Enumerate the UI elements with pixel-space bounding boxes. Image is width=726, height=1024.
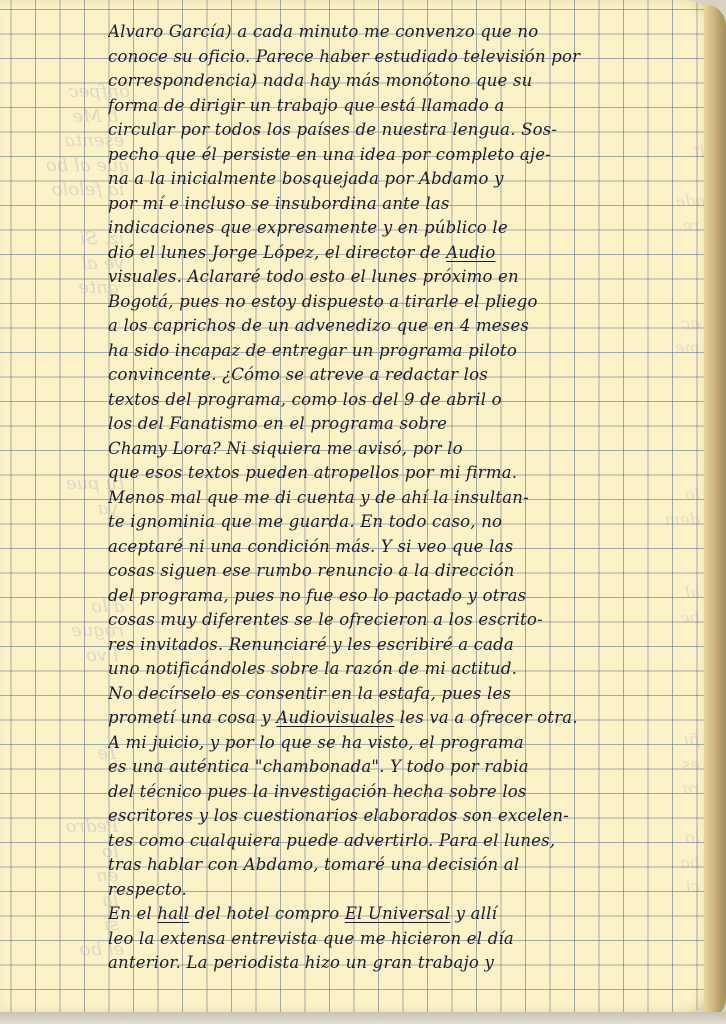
underlined-word: Audio xyxy=(446,243,495,262)
text-line: prometí una cosa y Audiovisuales les va … xyxy=(108,706,708,731)
text-line: Alvaro García) a cada minuto me convenzo… xyxy=(108,20,708,45)
text-line: visuales. Aclararé todo esto el lunes pr… xyxy=(108,265,708,290)
text-line: que esos textos pueden atropellos por mi… xyxy=(108,461,708,486)
text-line: a los caprichos de un advenedizo que en … xyxy=(108,314,708,339)
text-line: textos del programa, como los del 9 de a… xyxy=(108,388,708,413)
text-line: Bogotá, pues no estoy dispuesto a tirarl… xyxy=(108,290,708,315)
text-line: correspondencia) nada hay más monótono q… xyxy=(108,69,708,94)
text-line: tras hablar con Abdamo, tomaré una decis… xyxy=(108,853,708,878)
text-line: del programa, pues no fue eso lo pactado… xyxy=(108,584,708,609)
text-line: por mí e incluso se insubordina ante las xyxy=(108,192,708,217)
text-line: aceptaré ni una condición más. Y si veo … xyxy=(108,535,708,560)
text-line: te ignominia que me guarda. En todo caso… xyxy=(108,510,708,535)
text-line: dió el lunes Jorge López, el director de… xyxy=(108,241,708,266)
text-line: escritores y los cuestionarios elaborado… xyxy=(108,804,708,829)
text-line: Chamy Lora? Ni siquiera me avisó, por lo xyxy=(108,437,708,462)
text-line: A mi juicio, y por lo que se ha visto, e… xyxy=(108,731,708,756)
text-line: circular por todos los países de nuestra… xyxy=(108,118,708,143)
handwritten-text-block: Alvaro García) a cada minuto me convenzo… xyxy=(108,20,708,976)
text-line: pecho que él persiste en una idea por co… xyxy=(108,143,708,168)
text-segment: dió el lunes Jorge López, el director de xyxy=(108,243,446,262)
text-line: na a la inicialmente bosquejada por Abda… xyxy=(108,167,708,192)
text-segment: les va a ofrecer otra. xyxy=(394,708,577,727)
notebook-page-edge xyxy=(704,4,726,1020)
text-segment: del hotel compro xyxy=(189,904,345,923)
text-line: convincente. ¿Cómo se atreve a redactar … xyxy=(108,363,708,388)
notebook-page: onfpec b Me esenta que al bo ia felolo i… xyxy=(0,0,712,1012)
text-line: es una auténtica "chambonada". Y todo po… xyxy=(108,755,708,780)
text-line: res invitados. Renunciaré y les escribir… xyxy=(108,633,708,658)
underlined-word: Audiovisuales xyxy=(276,708,394,727)
text-line: cosas siguen ese rumbo renuncio a la dir… xyxy=(108,559,708,584)
text-segment: prometí una cosa y xyxy=(108,708,276,727)
text-line: cosas muy diferentes se le ofrecieron a … xyxy=(108,608,708,633)
text-line: En el hall del hotel compro El Universal… xyxy=(108,902,708,927)
text-line: tes como cualquiera puede advertirlo. Pa… xyxy=(108,829,708,854)
text-line: forma de dirigir un trabajo que está lla… xyxy=(108,94,708,119)
text-line: anterior. La periodista hizo un gran tra… xyxy=(108,951,708,976)
text-segment: En el xyxy=(108,904,157,923)
text-line: los del Fanatismo en el programa sobre xyxy=(108,412,708,437)
page-bottom-shadow xyxy=(0,1012,726,1024)
underlined-title: El Universal xyxy=(345,904,450,923)
underlined-word: hall xyxy=(157,904,189,923)
text-line: respecto. xyxy=(108,878,708,903)
text-segment: y allí xyxy=(450,904,497,923)
text-line: Menos mal que me di cuenta y de ahí la i… xyxy=(108,486,708,511)
text-line: No decírselo es consentir en la estafa, … xyxy=(108,682,708,707)
text-line: leo la extensa entrevista que me hiciero… xyxy=(108,927,708,952)
text-line: del técnico pues la investigación hecha … xyxy=(108,780,708,805)
text-line: ha sido incapaz de entregar un programa … xyxy=(108,339,708,364)
text-line: uno notificándoles sobre la razón de mi … xyxy=(108,657,708,682)
text-line: indicaciones que expresamente y en públi… xyxy=(108,216,708,241)
text-line: conoce su oficio. Parece haber estudiado… xyxy=(108,45,708,70)
